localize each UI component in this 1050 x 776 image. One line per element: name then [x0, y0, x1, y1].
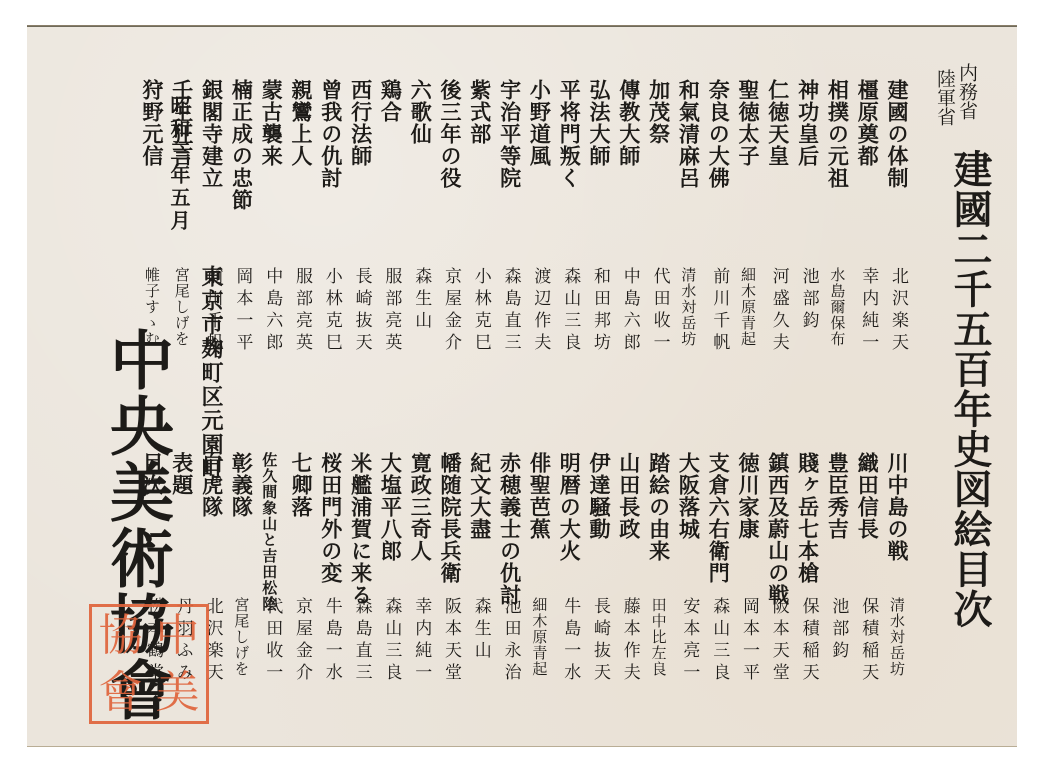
entry-artist: 森島直三 [353, 597, 370, 685]
entry-title: 明暦の大火 [559, 452, 580, 562]
publication-date: 昭和三年五月 [169, 95, 189, 233]
seal-character: 會 [92, 671, 149, 715]
document-paper: 内務省 陸軍省 建國二千五百年史図絵目次 建國の体制北沢楽天橿原奠都幸内純一相撲… [27, 26, 1017, 746]
entry-artist: 服部亮英 [293, 267, 310, 355]
entry-title: 徳川家康 [738, 452, 759, 540]
entry-artist: 森生山 [412, 267, 429, 333]
entry-title: 米艦浦賀に来る [351, 452, 372, 606]
entry-artist: 保積稲天 [800, 597, 817, 685]
entry-title: 神功皇后 [798, 79, 819, 167]
entry-artist: 渡辺作夫 [531, 267, 548, 355]
entry-artist: 小林克巳 [472, 267, 489, 355]
entry-artist: 長崎抜天 [591, 597, 608, 685]
entry-artist: 宮尾しげを [174, 267, 189, 347]
entry-artist: 池田永治 [502, 597, 519, 685]
entry-title: 俳聖芭蕉 [529, 452, 550, 540]
publisher-seal: 協中會美 [89, 604, 209, 724]
entry-artist: 田中比左良 [651, 597, 666, 677]
seal-character: 中 [149, 614, 206, 658]
entry-title: 傳教大師 [619, 79, 640, 167]
entry-artist: 岡本一平 [233, 267, 250, 355]
entry-title: 仁徳天皇 [768, 79, 789, 167]
entry-artist: 細木原青起 [531, 597, 546, 677]
honorific-ministry-army: 陸軍省 [935, 69, 954, 126]
entry-artist: 前川千帆 [710, 267, 727, 355]
entry-artist: 森山三良 [382, 597, 399, 685]
entry-title: 豊臣秀吉 [827, 452, 848, 540]
entry-artist: 河盛久夫 [770, 267, 787, 355]
entry-title: 建國の体制 [887, 79, 908, 189]
entry-artist: 森山三良 [710, 597, 727, 685]
publisher-address: 東京市麹町区元園町 [200, 265, 222, 481]
entry-title: 楠正成の忠節 [231, 79, 252, 211]
honorific-ministry-home: 内務省 [957, 63, 976, 120]
entry-title: 蒙古襲来 [261, 79, 282, 167]
entry-title: 表題 [172, 452, 193, 496]
entry-artist: 牛島一水 [323, 597, 340, 685]
entry-artist: 牛島一水 [561, 597, 578, 685]
entry-title: 寛政三奇人 [410, 452, 431, 562]
entry-artist: 北沢楽天 [889, 267, 906, 355]
entry-title: 大阪落城 [678, 452, 699, 540]
entry-title: 伊達騒動 [589, 452, 610, 540]
entry-title: 西行法師 [351, 79, 372, 167]
entry-title: 織田信長 [857, 452, 878, 540]
entry-artist: 小林克巳 [323, 267, 340, 355]
entry-artist: 長崎抜天 [353, 267, 370, 355]
entry-title: 踏絵の由来 [649, 452, 670, 562]
entry-artist: 安本亮一 [680, 597, 697, 685]
entry-title: 佐久間象山と吉田松陰 [261, 452, 276, 612]
entry-title: 聖徳太子 [738, 79, 759, 167]
entry-artist: 森山三良 [561, 267, 578, 355]
entry-artist: 幸内純一 [412, 597, 429, 685]
entry-title: 鎮西及蔚山の戦 [768, 452, 789, 606]
entry-artist: 森島直三 [502, 267, 519, 355]
entry-artist: 森生山 [472, 597, 489, 663]
entry-title: 相撲の元祖 [827, 79, 848, 189]
entry-title: 六歌仙 [410, 79, 431, 145]
entry-title: 七卿落 [291, 452, 312, 518]
entry-artist: 岡本一平 [740, 597, 757, 685]
entry-title: 和氣清麻呂 [678, 79, 699, 189]
entry-title: 小野道風 [529, 79, 550, 167]
entry-artist: 中島六郎 [263, 267, 280, 355]
entry-title: 奈良の大佛 [708, 79, 729, 189]
entry-artist: 保積稲天 [859, 597, 876, 685]
entry-artist: 宮尾しげを [233, 597, 248, 677]
entry-artist: 代田收一 [651, 267, 668, 355]
entry-artist: 池部鈞 [829, 597, 846, 663]
entry-artist: 和田邦坊 [591, 267, 608, 355]
seal-character: 美 [149, 671, 206, 715]
entry-artist: 清水対岳坊 [889, 597, 904, 677]
entry-title: 鶏合 [380, 79, 401, 123]
entry-artist: 代田收一 [263, 597, 280, 685]
entry-artist: 京屋金介 [293, 597, 310, 685]
entry-artist: 藤本作夫 [621, 597, 638, 685]
entry-artist: 水島爾保布 [829, 267, 844, 347]
entry-title: 川中島の戦 [887, 452, 908, 562]
entry-title: 銀閣寺建立 [202, 79, 223, 189]
entry-title: 加茂祭 [649, 79, 670, 145]
entry-title: 弘法大師 [589, 79, 610, 167]
entry-artist: 清水対岳坊 [680, 267, 695, 347]
entry-title: 狩野元信 [142, 79, 163, 167]
entry-title: 賤ヶ岳七本槍 [798, 452, 819, 584]
entry-title: 紀文大盡 [470, 452, 491, 540]
entry-artist: 服部亮英 [382, 267, 399, 355]
entry-artist: 中島六郎 [621, 267, 638, 355]
entry-title: 平将門叛く [559, 79, 580, 189]
entry-title: 宇治平等院 [500, 79, 521, 189]
entry-title: 橿原奠都 [857, 79, 878, 167]
entry-artist: 細木原青起 [740, 267, 755, 347]
entry-title: 山田長政 [619, 452, 640, 540]
entry-artist: 阪本天堂 [442, 597, 459, 685]
entry-title: 大塩平八郎 [380, 452, 401, 562]
entry-title: 幡随院長兵衛 [440, 452, 461, 584]
entry-artist: 京屋金介 [442, 267, 459, 355]
entry-artist: 阪本天堂 [770, 597, 787, 685]
entry-title: 桜田門外の変 [321, 452, 342, 584]
entry-title: 支倉六右衛門 [708, 452, 729, 584]
seal-character: 協 [92, 614, 149, 658]
entry-title: 曾我の仇討 [321, 79, 342, 189]
entry-title: 彰義隊 [231, 452, 252, 518]
entry-title: 親鸞上人 [291, 79, 312, 167]
main-title: 建國二千五百年史図絵目次 [950, 149, 989, 629]
entry-title: 紫式部 [470, 79, 491, 145]
entry-title: 赤穂義士の仇討 [500, 452, 521, 606]
entry-artist: 幸内純一 [859, 267, 876, 355]
entry-artist: 池部鈞 [800, 267, 817, 333]
entry-title: 後三年の役 [440, 79, 461, 189]
